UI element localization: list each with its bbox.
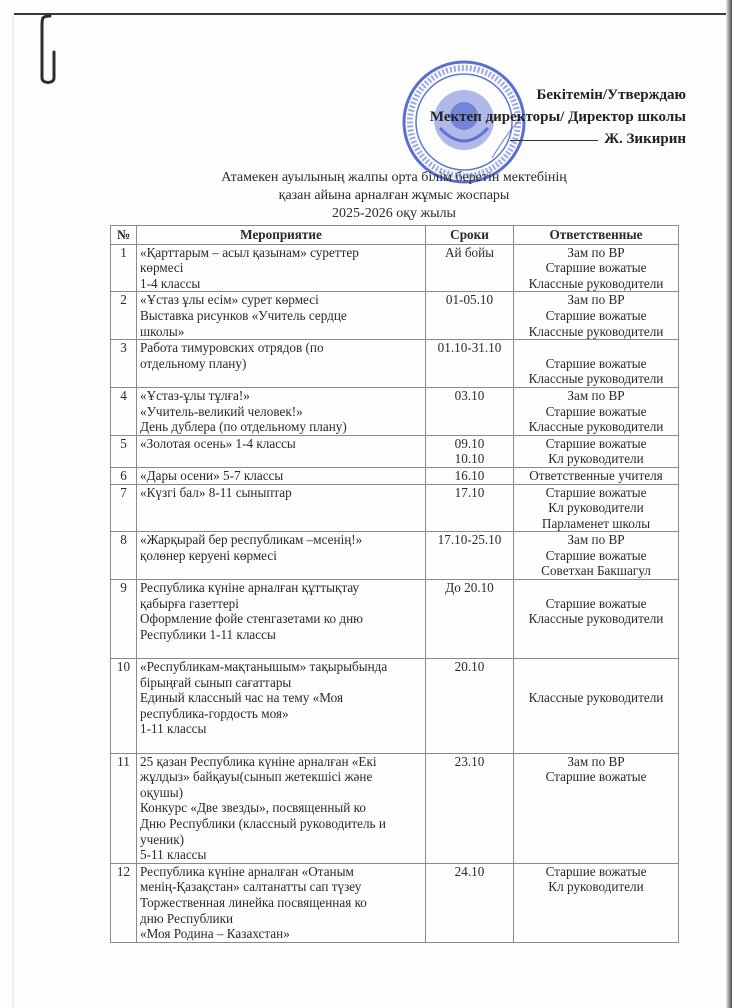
responsible-cell-line: Кл руководители: [517, 879, 675, 895]
row-number: 11: [111, 753, 137, 863]
title-line-2: қазан айына арналған жұмыс жоспары: [110, 187, 678, 205]
responsible-cell-line: Старшие вожатые: [517, 596, 675, 612]
page-left-edge: [12, 15, 14, 1008]
responsible-cell: Ответственные учителя: [514, 467, 679, 484]
event-cell-line: Оформление фойе стенгазетами ко дню: [140, 611, 422, 627]
event-cell: Республика күніне арналған «Отанымменің-…: [137, 863, 426, 942]
row-number: 10: [111, 659, 137, 754]
responsible-cell-line: [517, 340, 675, 356]
responsible-cell-line: Старшие вожатые: [517, 308, 675, 324]
row-number: 1: [111, 244, 137, 292]
event-cell-line: «Дары осени» 5-7 классы: [140, 468, 422, 484]
date-cell: 01.10-31.10: [426, 340, 514, 388]
event-cell-line: «Учитель-великий человек!»: [140, 404, 422, 420]
event-cell-line: Республика күніне арналған «Отаным: [140, 864, 422, 880]
table-row: 4 «Ұстаз-ұлы тұлға!»«Учитель-великий чел…: [111, 387, 679, 435]
event-cell-line: «Республикам-мақтанышым» тақырыбында: [140, 659, 422, 675]
date-cell-line: Ай бойы: [429, 245, 510, 261]
date-cell: 23.10: [426, 753, 514, 863]
responsible-cell-line: Зам по ВР: [517, 388, 675, 404]
date-cell: 24.10: [426, 863, 514, 942]
event-cell-line: 1-11 классы: [140, 721, 422, 737]
table-row: 10«Республикам-мақтанышым» тақырыбындабі…: [111, 659, 679, 754]
event-cell-line: қабырға газеттері: [140, 596, 422, 612]
event-cell: «Күзгі бал» 8-11 сыныптар: [137, 484, 426, 532]
responsible-cell: Старшие вожатыеКл руководителиПарламенет…: [514, 484, 679, 532]
event-cell: «Республикам-мақтанышым» тақырыбындабіры…: [137, 659, 426, 754]
responsible-cell-line: Старшие вожатые: [517, 769, 675, 785]
date-cell-line: 16.10: [429, 468, 510, 484]
cell-spacer: [140, 642, 422, 658]
table-row: 1«Қарттарым – асыл қазынам» суреттеркөрм…: [111, 244, 679, 292]
event-cell: Республика күніне арналған құттықтауқабы…: [137, 580, 426, 659]
responsible-cell-line: Советхан Бакшагул: [517, 563, 675, 579]
responsible-cell-line: Старшие вожатые: [517, 864, 675, 880]
row-number: 2: [111, 292, 137, 340]
header-event: Мероприятие: [137, 226, 426, 245]
date-cell: 01-05.10: [426, 292, 514, 340]
date-cell-line: 03.10: [429, 388, 510, 404]
event-cell-line: ученик): [140, 832, 422, 848]
date-cell: До 20.10: [426, 580, 514, 659]
responsible-cell-line: Классные руководители: [517, 276, 675, 292]
event-cell-line: Дню Республики (классный руководитель и: [140, 816, 422, 832]
header-responsible: Ответственные: [514, 226, 679, 245]
date-cell-line: 24.10: [429, 864, 510, 880]
responsible-cell-line: [517, 675, 675, 691]
work-plan-table: № Мероприятие Сроки Ответственные 1«Қарт…: [110, 225, 679, 943]
approval-heading: Бекітемін/Утверждаю: [430, 84, 686, 106]
event-cell-line: жұлдыз» байқауы(сынып жетекшісі және: [140, 769, 422, 785]
responsible-cell-line: [517, 580, 675, 596]
table-row: 9Республика күніне арналған құттықтауқаб…: [111, 580, 679, 659]
table-row: 2«Ұстаз ұлы есім» сурет көрмесіВыставка …: [111, 292, 679, 340]
event-cell-line: школы»: [140, 324, 422, 340]
responsible-cell-line: Ответственные учителя: [517, 468, 675, 484]
event-cell-line: «Ұстаз-ұлы тұлға!»: [140, 388, 422, 404]
date-cell-line: До 20.10: [429, 580, 510, 596]
paper-clip-icon: [40, 10, 62, 86]
cell-spacer: [140, 737, 422, 753]
event-cell-line: Конкурс «Две звезды», посвященный ко: [140, 800, 422, 816]
event-cell-line: «Золотая осень» 1-4 классы: [140, 436, 422, 452]
responsible-cell: Старшие вожатыеКлассные руководители: [514, 340, 679, 388]
table-row: 1125 қазан Республика күніне арналған «Е…: [111, 753, 679, 863]
responsible-cell: Старшие вожатыеКл руководители: [514, 435, 679, 467]
date-cell-line: 01-05.10: [429, 292, 510, 308]
event-cell-line: Выставка рисунков «Учитель сердце: [140, 308, 422, 324]
event-cell-line: отдельному плану): [140, 356, 422, 372]
table-row: 3Работа тимуровских отрядов (поотдельном…: [111, 340, 679, 388]
row-number: 8: [111, 532, 137, 580]
responsible-cell: Классные руководители: [514, 659, 679, 754]
date-cell-line: 09.10: [429, 436, 510, 452]
date-cell: 16.10: [426, 467, 514, 484]
event-cell-line: көрмесі: [140, 260, 422, 276]
responsible-cell: Старшие вожатыеКл руководители: [514, 863, 679, 942]
table-row: 5«Золотая осень» 1-4 классы09.1010.10Ста…: [111, 435, 679, 467]
event-cell: «Қарттарым – асыл қазынам» суреттеркөрме…: [137, 244, 426, 292]
title-line-1: Атамекен ауылының жалпы орта білім берет…: [110, 169, 678, 187]
table-row: 7 «Күзгі бал» 8-11 сыныптар17.10Старшие …: [111, 484, 679, 532]
responsible-cell-line: Классные руководители: [517, 371, 675, 387]
event-cell: «Дары осени» 5-7 классы: [137, 467, 426, 484]
event-cell-line: қолөнер керуені көрмесі: [140, 548, 422, 564]
responsible-cell-line: Классные руководители: [517, 611, 675, 627]
table-body: 1«Қарттарым – асыл қазынам» суреттеркөрм…: [111, 244, 679, 942]
approval-block: Бекітемін/Утверждаю Мектеп директоры/ Ди…: [430, 84, 686, 150]
table-row: 12Республика күніне арналған «Отаныммені…: [111, 863, 679, 942]
cell-spacer: [140, 451, 422, 467]
responsible-cell-line: Зам по ВР: [517, 532, 675, 548]
responsible-cell-line: Парламенет школы: [517, 516, 675, 532]
responsible-cell-line: Старшие вожатые: [517, 260, 675, 276]
event-cell-line: дню Республики: [140, 911, 422, 927]
event-cell-line: 25 қазан Республика күніне арналған «Екі: [140, 754, 422, 770]
event-cell: «Ұстаз ұлы есім» сурет көрмесіВыставка р…: [137, 292, 426, 340]
responsible-cell: Старшие вожатыеКлассные руководители: [514, 580, 679, 659]
date-cell-line: 20.10: [429, 659, 510, 675]
event-cell-line: «Ұстаз ұлы есім» сурет көрмесі: [140, 292, 422, 308]
responsible-cell-line: Кл руководители: [517, 500, 675, 516]
event-cell-line: Работа тимуровских отрядов (по: [140, 340, 422, 356]
responsible-cell: Зам по ВРСтаршие вожатыеКлассные руковод…: [514, 292, 679, 340]
responsible-cell-line: [517, 659, 675, 675]
responsible-cell-line: Старшие вожатые: [517, 404, 675, 420]
event-cell-line: День дублера (по отдельному плану): [140, 419, 422, 435]
event-cell-line: республика-гордость моя»: [140, 706, 422, 722]
row-number: 5: [111, 435, 137, 467]
responsible-cell-line: Старшие вожатые: [517, 548, 675, 564]
responsible-cell: Зам по ВРСтаршие вожатыеСоветхан Бакшагу…: [514, 532, 679, 580]
responsible-cell: Зам по ВРСтаршие вожатые: [514, 753, 679, 863]
date-cell-line: 23.10: [429, 754, 510, 770]
responsible-cell-line: Зам по ВР: [517, 292, 675, 308]
table-row: 8«Жарқырай бер республикам –мсенің!»қолө…: [111, 532, 679, 580]
row-number: 7: [111, 484, 137, 532]
responsible-cell: Зам по ВРСтаршие вожатыеКлассные руковод…: [514, 387, 679, 435]
date-cell: 17.10-25.10: [426, 532, 514, 580]
event-cell-line: 1-4 классы: [140, 276, 422, 292]
responsible-cell-line: Кл руководители: [517, 451, 675, 467]
event-cell-line: «Моя Родина – Казахстан»: [140, 926, 422, 942]
event-cell-line: «Күзгі бал» 8-11 сыныптар: [140, 485, 422, 501]
date-cell: 20.10: [426, 659, 514, 754]
date-cell-line: 10.10: [429, 451, 510, 467]
event-cell: Работа тимуровских отрядов (поотдельному…: [137, 340, 426, 388]
event-cell-line: менің-Қазақстан» салтанатты сап түзеу: [140, 879, 422, 895]
title-line-3: 2025-2026 оқу жылы: [110, 205, 678, 223]
event-cell-line: Торжественная линейка посвященная ко: [140, 895, 422, 911]
date-cell: 03.10: [426, 387, 514, 435]
director-name: Ж. Зикирин: [604, 131, 686, 147]
event-cell-line: бірыңғай сынып сағаттары: [140, 675, 422, 691]
responsible-cell-line: Классные руководители: [517, 419, 675, 435]
page-top-edge: [14, 13, 732, 15]
row-number: 6: [111, 467, 137, 484]
responsible-cell-line: Старшие вожатые: [517, 356, 675, 372]
event-cell: 25 қазан Республика күніне арналған «Екі…: [137, 753, 426, 863]
event-cell-line: 5-11 классы: [140, 847, 422, 863]
responsible-cell: Зам по ВРСтаршие вожатыеКлассные руковод…: [514, 244, 679, 292]
responsible-cell-line: Старшие вожатые: [517, 485, 675, 501]
date-cell-line: 17.10-25.10: [429, 532, 510, 548]
responsible-cell-line: Классные руководители: [517, 324, 675, 340]
table-row: 6«Дары осени» 5-7 классы16.10Ответственн…: [111, 467, 679, 484]
header-number: №: [111, 226, 137, 245]
date-cell: 17.10: [426, 484, 514, 532]
event-cell-line: Республики 1-11 классы: [140, 627, 422, 643]
responsible-cell-line: Зам по ВР: [517, 754, 675, 770]
row-number: 3: [111, 340, 137, 388]
row-number: 9: [111, 580, 137, 659]
document-title: Атамекен ауылының жалпы орта білім берет…: [110, 169, 678, 223]
approval-signature: Ж. Зикирин: [430, 128, 686, 150]
responsible-cell-line: Старшие вожатые: [517, 436, 675, 452]
event-cell-line: Единый классный час на тему «Моя: [140, 690, 422, 706]
responsible-cell-line: Зам по ВР: [517, 245, 675, 261]
row-number: 4: [111, 387, 137, 435]
date-cell: Ай бойы: [426, 244, 514, 292]
event-cell-line: оқушы): [140, 785, 422, 801]
date-cell: 09.1010.10: [426, 435, 514, 467]
table-header-row: № Мероприятие Сроки Ответственные: [111, 226, 679, 245]
event-cell-line: Республика күніне арналған құттықтау: [140, 580, 422, 596]
date-cell-line: 01.10-31.10: [429, 340, 510, 356]
approval-position: Мектеп директоры/ Директор школы: [430, 106, 686, 128]
scan-shadow: [726, 0, 732, 1008]
event-cell: «Жарқырай бер республикам –мсенің!»қолөн…: [137, 532, 426, 580]
event-cell: «Ұстаз-ұлы тұлға!»«Учитель-великий челов…: [137, 387, 426, 435]
event-cell-line: «Жарқырай бер республикам –мсенің!»: [140, 532, 422, 548]
event-cell: «Золотая осень» 1-4 классы: [137, 435, 426, 467]
responsible-cell-line: Классные руководители: [517, 690, 675, 706]
date-cell-line: 17.10: [429, 485, 510, 501]
row-number: 12: [111, 863, 137, 942]
event-cell-line: «Қарттарым – асыл қазынам» суреттер: [140, 245, 422, 261]
header-dates: Сроки: [426, 226, 514, 245]
signature-line: [510, 140, 598, 141]
